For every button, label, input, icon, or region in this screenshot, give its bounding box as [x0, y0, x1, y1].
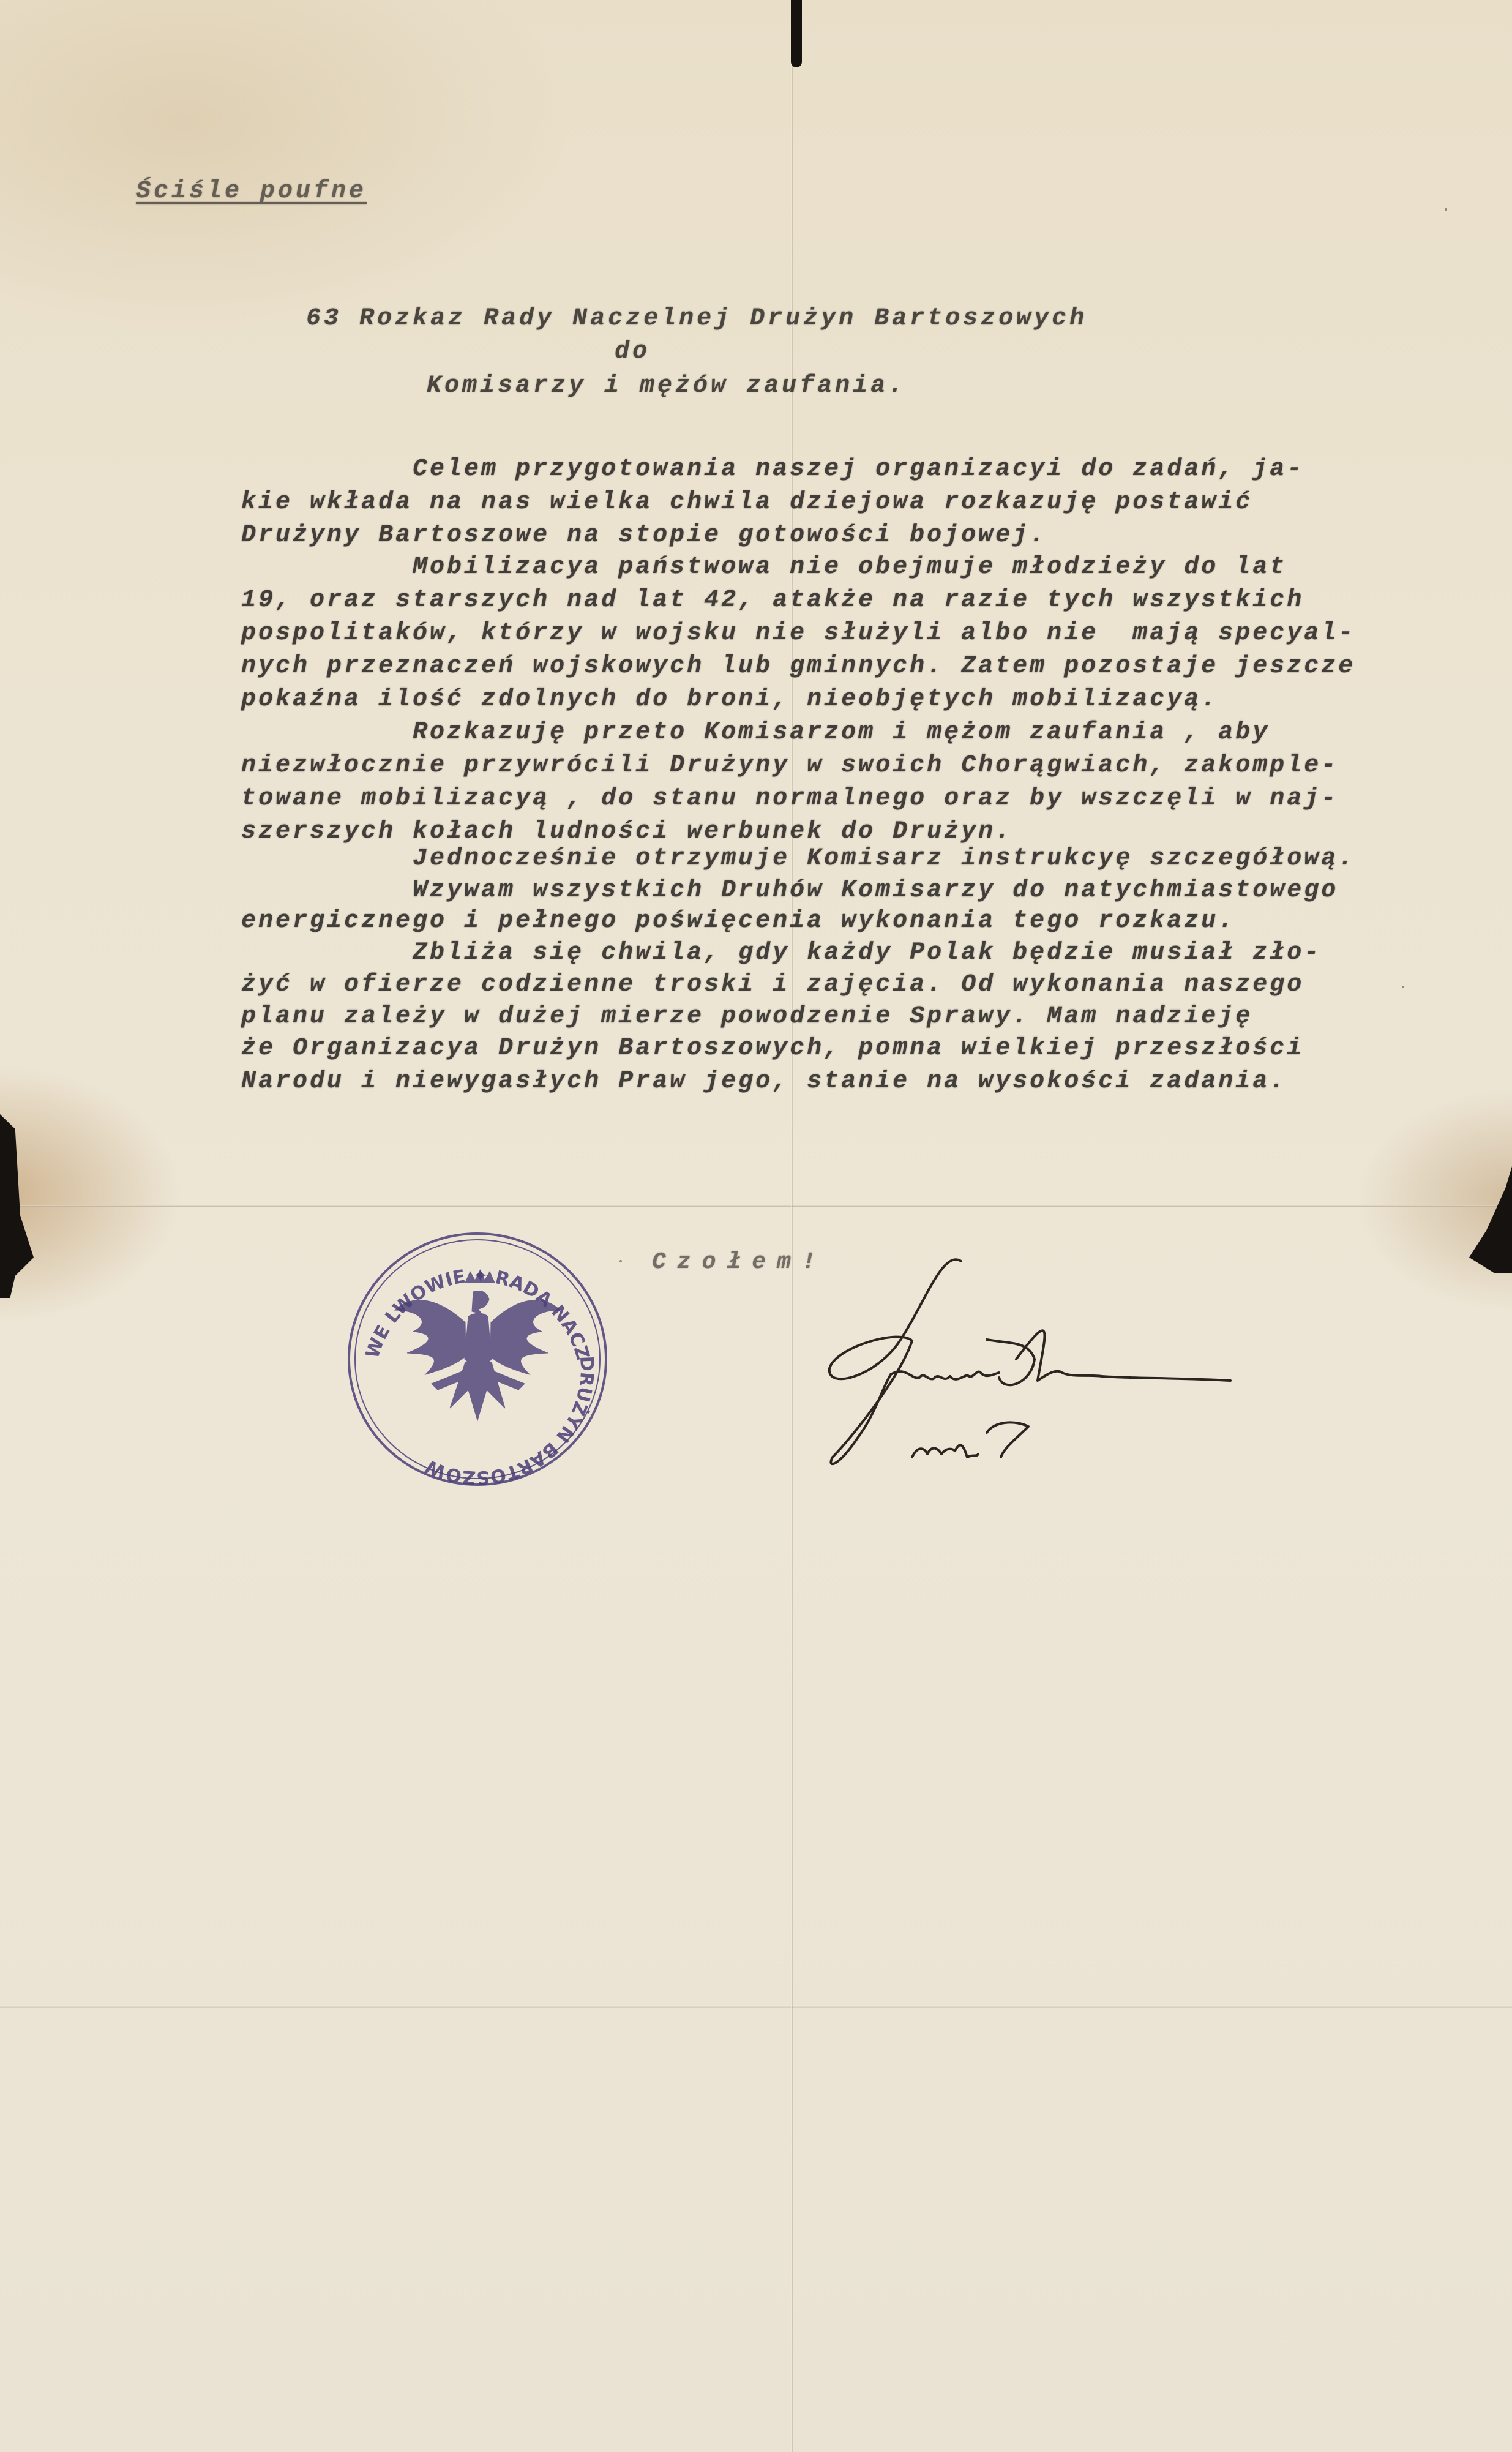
order-recipients: Komisarzy i mężów zaufania. [427, 372, 1512, 400]
body-line: Mobilizacya państwowa nie obejmuje młodz… [241, 551, 1287, 584]
body-line: planu zależy w dużej mierze powodzenie S… [241, 1000, 1252, 1033]
body-line: niezwłocznie przywrócili Drużyny w swoic… [241, 749, 1338, 782]
body-line: energicznego i pełnego poświęcenia wykon… [241, 905, 1235, 938]
body-line: pospolitaków, którzy w wojsku nie służyl… [241, 617, 1355, 650]
order-title-to: do [615, 338, 1512, 366]
body-line: Drużyny Bartoszowe na stopie gotowości b… [241, 519, 1047, 552]
body-line: Rozkazuję przeto Komisarzom i mężom zauf… [241, 716, 1270, 749]
body-line: 19, oraz starszych nad lat 42, atakże na… [241, 584, 1304, 617]
document-paper [0, 0, 1512, 2452]
body-line: Jednocześnie otrzymuje Komisarz instrukc… [241, 842, 1355, 875]
order-title: 63 Rozkaz Rady Naczelnej Drużyn Bartoszo… [306, 305, 1512, 332]
body-line: że Organizacya Drużyn Bartoszowych, pomn… [241, 1032, 1304, 1065]
classification-label: Ściśle poufne [136, 178, 367, 205]
vertical-fold-line [791, 0, 793, 2452]
top-tear [791, 0, 802, 67]
official-stamp-icon: WE LWOWIE ✦ RADA NACZELNA DRUŻYN BARTOSZ… [340, 1224, 615, 1494]
body-line: pokaźna ilość zdolnych do broni, nieobję… [241, 683, 1218, 716]
horizontal-fold-line [0, 1205, 1512, 1207]
paper-speck [1445, 208, 1447, 211]
lower-fold-line [0, 2005, 1512, 2008]
paper-speck [619, 1260, 622, 1262]
paper-speck [1402, 986, 1404, 988]
body-line: Celem przygotowania naszej organizacyi d… [241, 453, 1304, 486]
body-line: Wzywam wszystkich Druhów Komisarzy do na… [241, 874, 1338, 907]
body-line: towane mobilizacyą , do stanu normalnego… [241, 782, 1338, 815]
body-line: kie wkłada na nas wielka chwila dziejowa… [241, 486, 1252, 519]
body-line: Zbliża się chwila, gdy każdy Polak będzi… [241, 937, 1321, 970]
body-line: Narodu i niewygasłych Praw jego, stanie … [241, 1065, 1287, 1098]
body-line: nych przeznaczeń wojskowych lub gminnych… [241, 650, 1355, 683]
body-line: żyć w ofierze codzienne troski i zajęcia… [241, 969, 1304, 1002]
